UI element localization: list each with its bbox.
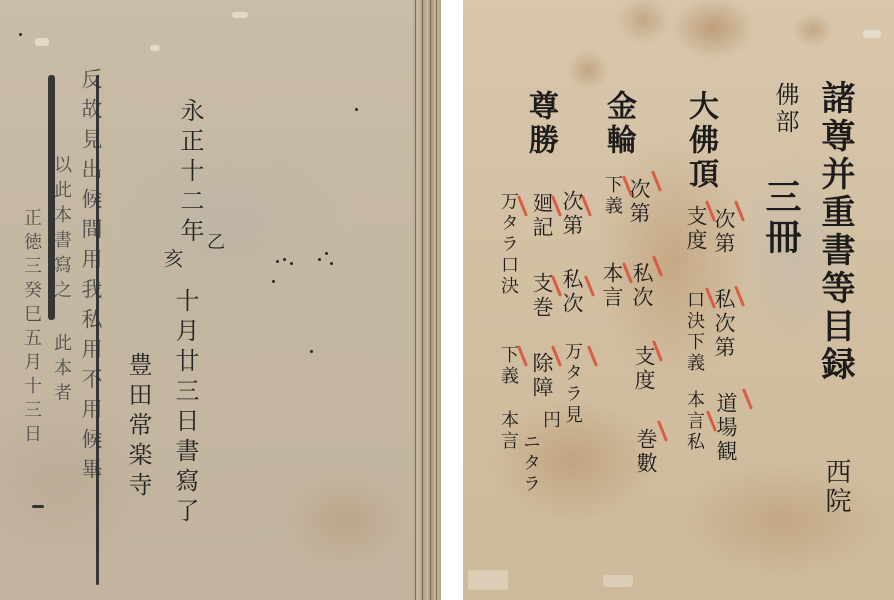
section-item: 三冊: [763, 178, 799, 258]
entry-line: 次第: [561, 190, 582, 238]
wormhole: [310, 350, 313, 353]
paper-damage: [232, 12, 248, 18]
red-check-mark: [584, 275, 595, 297]
wormhole: [318, 258, 321, 261]
entry-line: 支度: [633, 345, 654, 393]
entry-line: 下義: [603, 175, 621, 217]
colophon-place: 豊田常楽寺: [126, 352, 150, 502]
note-line-2: 正徳三癸巳五月十三日: [22, 208, 40, 448]
wormhole: [272, 280, 275, 283]
entry-line: ニタラ: [521, 432, 539, 495]
location-label: 西院: [823, 458, 849, 516]
wormhole: [19, 33, 22, 36]
colophon-year-mark: 乙: [205, 232, 223, 256]
binding-line: [415, 0, 416, 600]
wormhole: [283, 258, 286, 261]
colophon-era-cycle: 亥: [162, 248, 182, 274]
entry-line: 円: [541, 410, 559, 431]
paper-damage: [468, 570, 508, 590]
entry-line: 万タラ口決: [499, 192, 517, 297]
red-check-mark: [742, 388, 753, 410]
wormhole: [290, 262, 293, 265]
right-page: 諸尊并重書等目録 佛部 三冊 西院 大佛頂 次第 私次第 道場観 支度 口決下義…: [463, 0, 894, 600]
entry-line: 本言: [601, 262, 622, 310]
left-page: 永正十二年 乙 亥 十月廿三日書寫了 豊田常楽寺 反故見出候間用我私用不用候畢 …: [0, 0, 441, 600]
strike-through-line: [48, 75, 55, 320]
red-check-mark: [657, 420, 668, 442]
binding-line: [436, 0, 437, 600]
entry-head-daibutcho: 大佛頂: [685, 90, 715, 192]
colophon-date-line-2: 十月廿三日書寫了: [173, 288, 197, 528]
entry-line: 支度: [685, 205, 706, 253]
entry-head-sonsho: 尊勝: [525, 90, 555, 158]
entry-line: 下義: [499, 345, 517, 387]
entry-line: 万タラ見: [563, 342, 581, 426]
wormhole: [325, 252, 328, 255]
entry-line: 除障: [531, 352, 552, 400]
entry-line: 次第: [713, 208, 734, 256]
entry-head-kinrin: 金輪: [603, 90, 633, 158]
strike-through-line: [96, 75, 99, 585]
colophon-date-line-1: 永正十二年: [178, 98, 202, 248]
entry-line: 巻數: [635, 428, 656, 476]
ink-mark: [32, 505, 44, 508]
entry-line: 次第: [628, 178, 649, 226]
document-title: 諸尊并重書等目録: [818, 80, 852, 384]
binding-line: [422, 0, 423, 600]
entry-line: 私次: [561, 268, 582, 316]
red-check-mark: [587, 345, 598, 367]
wormhole: [276, 260, 279, 263]
entry-line: 私次第: [713, 288, 734, 360]
entry-line: 私次: [631, 262, 652, 310]
wormhole: [330, 262, 333, 265]
entry-line: 本言私: [685, 390, 703, 453]
entry-line: 支巻: [531, 272, 552, 320]
binding-line: [430, 0, 431, 600]
red-check-mark: [651, 170, 662, 192]
entry-line: 廻記: [531, 192, 552, 240]
paper-damage: [863, 30, 881, 38]
paper-damage: [150, 45, 160, 51]
section-label: 佛部: [773, 82, 797, 136]
paper-damage: [35, 38, 49, 46]
wormhole: [355, 108, 358, 111]
entry-line: 本言: [499, 410, 517, 452]
entry-line: 道場観: [715, 392, 736, 464]
entry-line: 口決下義: [685, 290, 703, 374]
paper-damage: [603, 575, 633, 587]
